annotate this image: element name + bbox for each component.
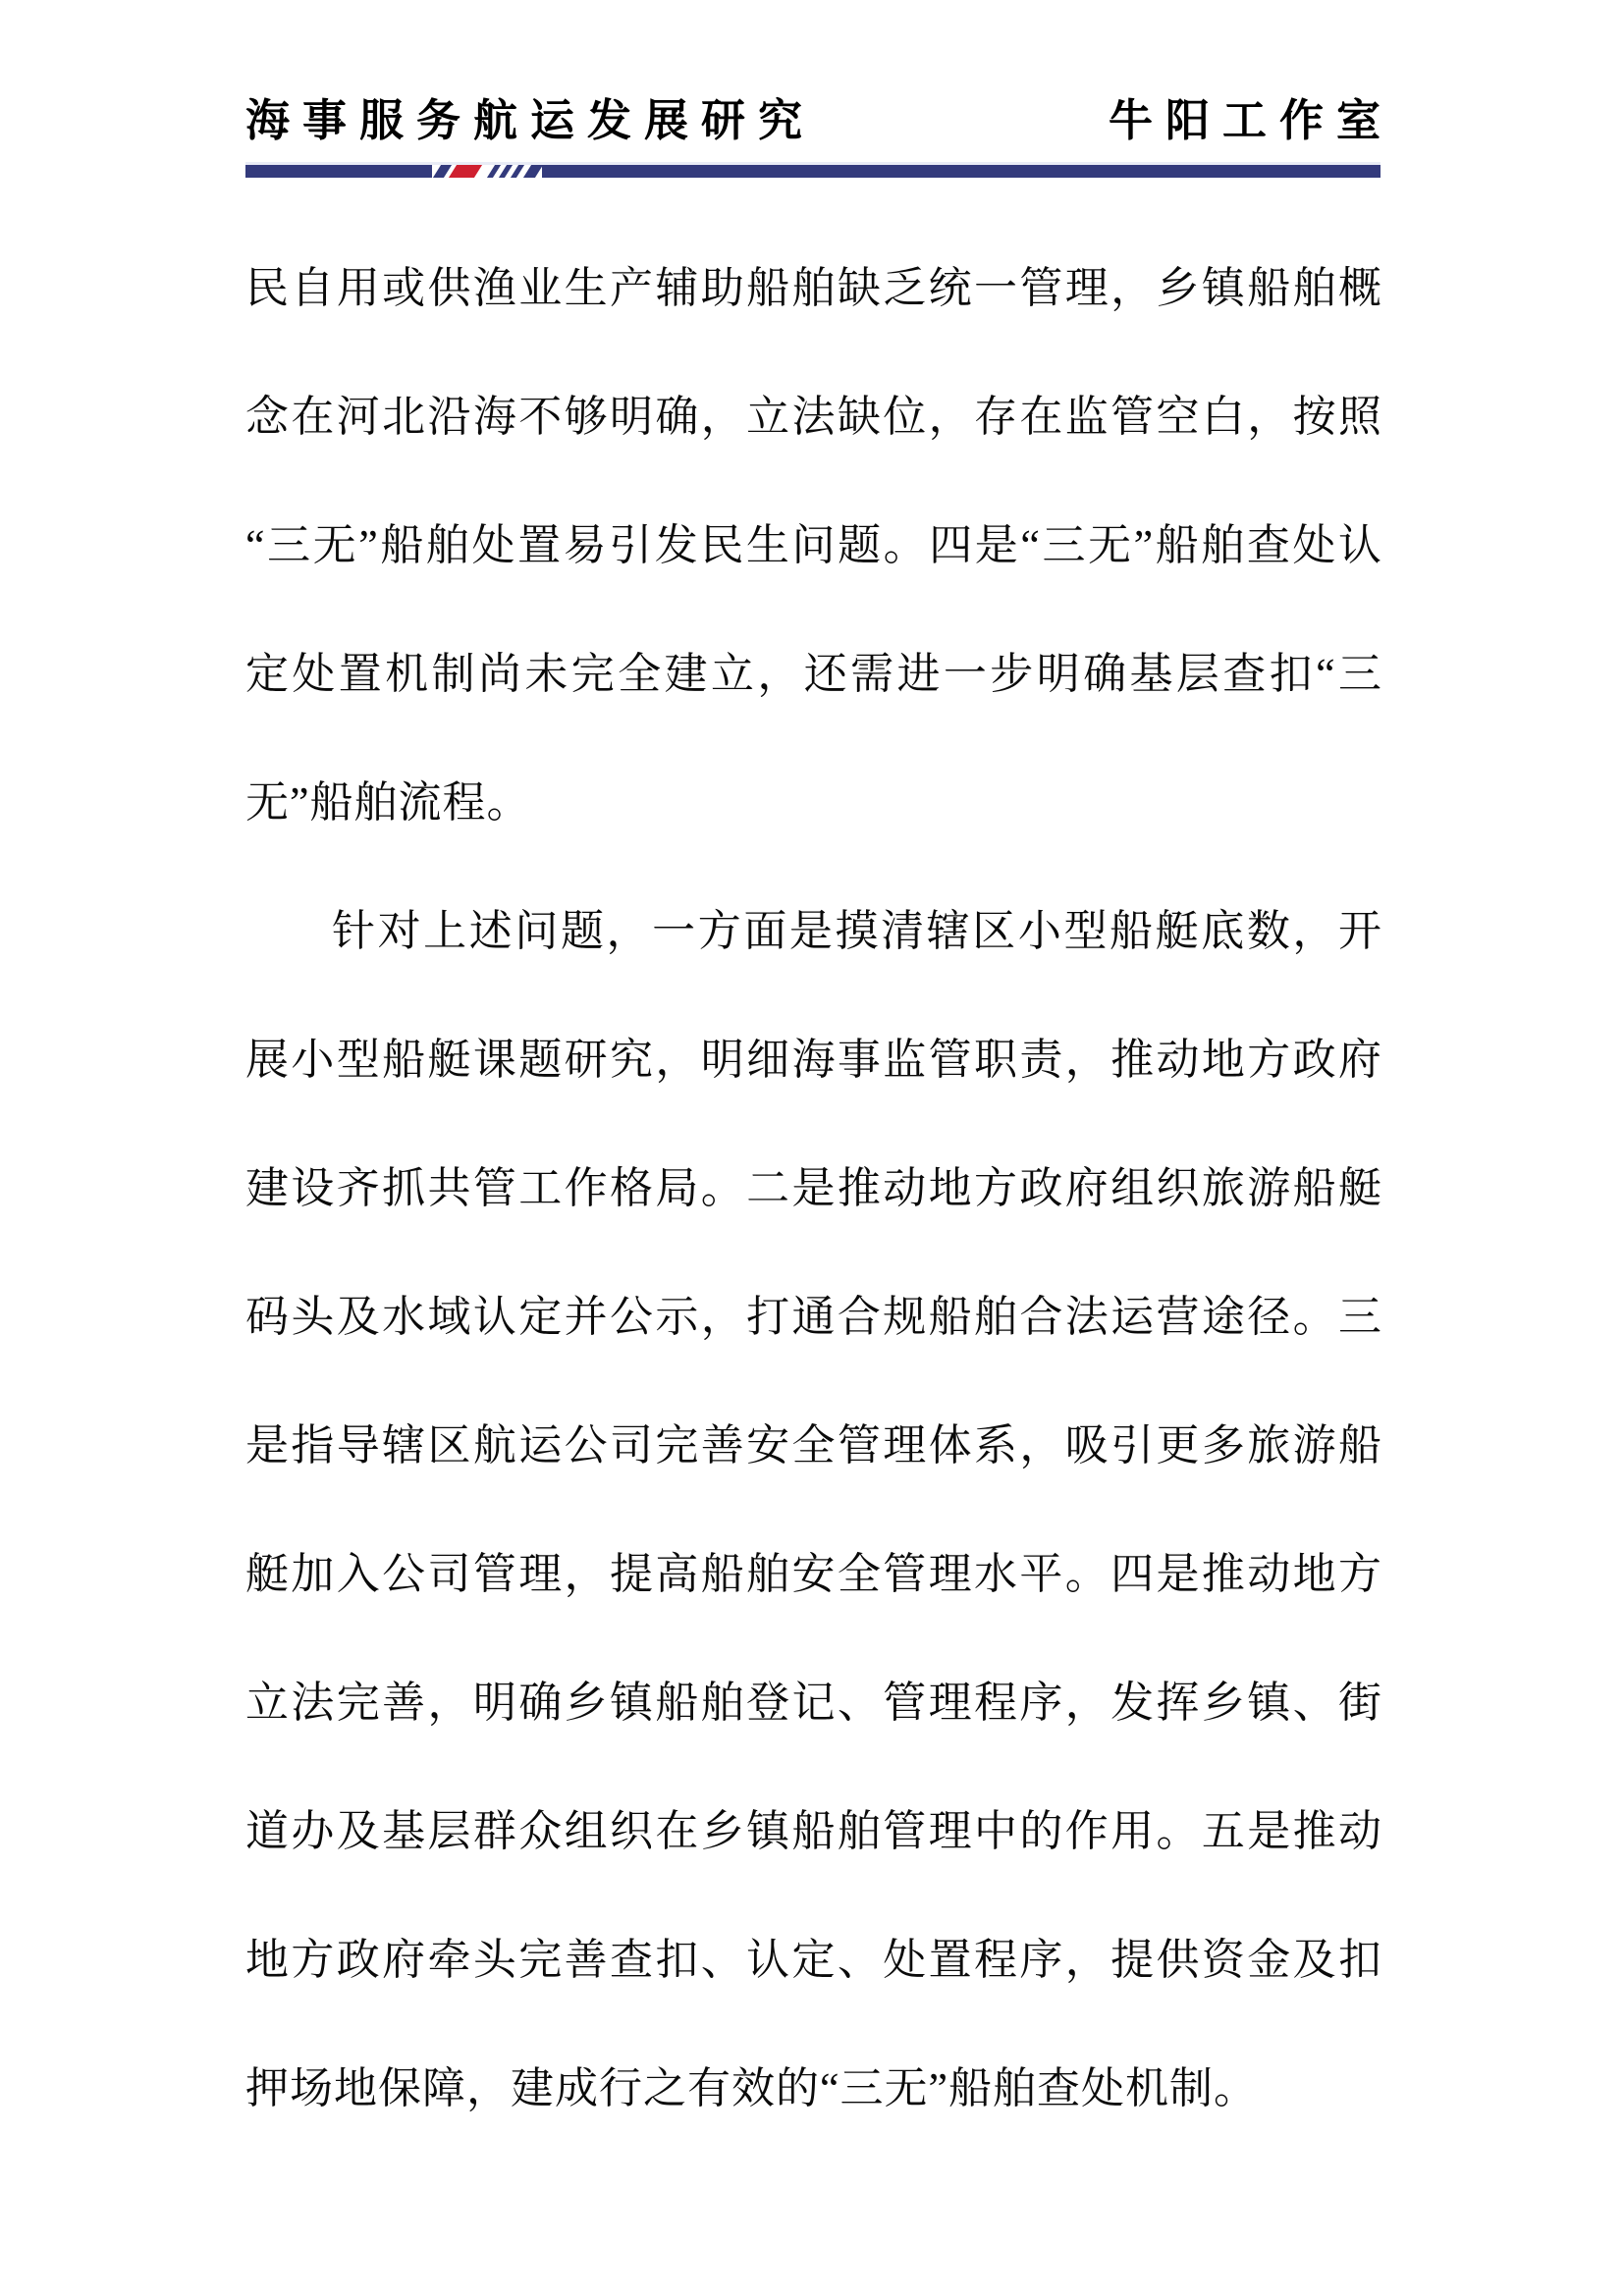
header-right-title: 牛阳工作室 (1109, 94, 1393, 147)
document-page: 海事服务航运发展研究 牛阳工作室 民自用或供渔业生产辅助船舶缺乏统一管理，乡镇船… (0, 0, 1624, 2296)
red-accent-icon (449, 165, 482, 178)
navy-stripe-icon (523, 165, 543, 178)
rule-segment-right (542, 165, 1380, 178)
rule-segment-left (245, 165, 432, 178)
rule-accent (432, 165, 542, 178)
page-header: 海事服务航运发展研究 牛阳工作室 (0, 0, 1624, 147)
paragraph: 民自用或供渔业生产辅助船舶缺乏统一管理，乡镇船舶概念在河北沿海不够明确，立法缺位… (245, 224, 1382, 867)
navy-stripe-icon (511, 165, 524, 178)
paragraph: 针对上述问题，一方面是摸清辖区小型船艇底数，开展小型船艇课题研究，明细海事监管职… (245, 867, 1382, 2153)
header-left-title: 海事服务航运发展研究 (245, 94, 815, 147)
document-body: 民自用或供渔业生产辅助船舶缺乏统一管理，乡镇船舶概念在河北沿海不够明确，立法缺位… (245, 224, 1382, 2153)
header-rule (245, 162, 1380, 178)
